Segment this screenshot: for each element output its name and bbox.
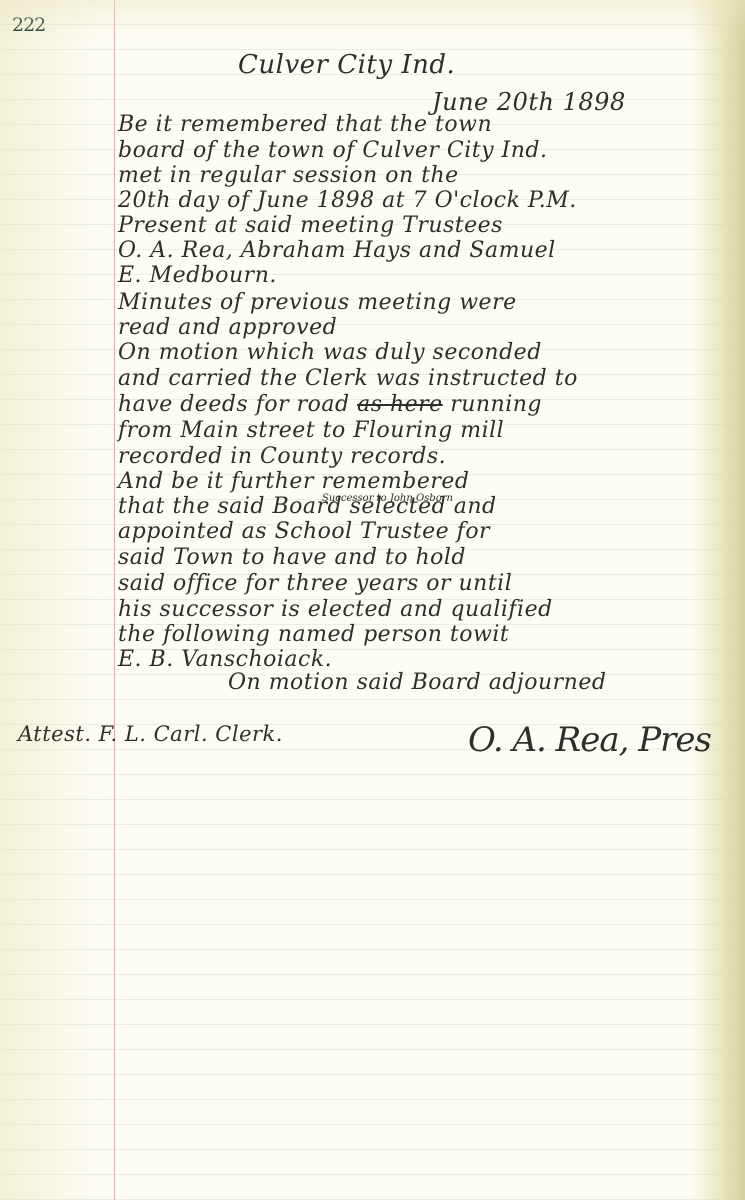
body-line: from Main street to Flouring mill [118, 418, 504, 443]
ledger-page: 222 Culver City Ind. June 20th 1898 Be i… [0, 0, 745, 1200]
body-line: read and approved [118, 315, 337, 340]
margin-rule [114, 0, 115, 1200]
body-line: And be it further remembered [118, 469, 469, 494]
body-line: met in regular session on the [118, 163, 459, 188]
body-line: Present at said meeting Trustees [118, 213, 503, 238]
body-line-text: have deeds for road [118, 392, 350, 417]
adjourn-line: On motion said Board adjourned [228, 670, 606, 695]
body-line: O. A. Rea, Abraham Hays and Samuel [118, 238, 556, 263]
body-line: Be it remembered that the town [118, 112, 492, 137]
interlinear-insert: Successor to John Osborn [322, 493, 453, 504]
body-line: On motion which was duly seconded [118, 340, 542, 365]
president-signature: O. A. Rea, Pres [468, 720, 711, 760]
page-number: 222 [12, 14, 45, 36]
body-line: the following named person towit [118, 622, 509, 647]
body-line: Minutes of previous meeting were [118, 290, 517, 315]
body-line: said office for three years or until [118, 571, 512, 596]
body-line: appointed as School Trustee for [118, 519, 490, 544]
body-line: recorded in County records. [118, 444, 446, 469]
body-line: E. B. Vanschoiack. [118, 647, 332, 672]
struck-text: as here [357, 392, 443, 417]
body-line: and carried the Clerk was instructed to [118, 366, 578, 391]
body-line: 20th day of June 1898 at 7 O'clock P.M. [118, 188, 577, 213]
body-line: E. Medbourn. [118, 263, 277, 288]
body-line: board of the town of Culver City Ind. [118, 138, 547, 163]
body-line-text: running [450, 392, 542, 417]
body-line-with-strike: have deeds for road as here running [118, 392, 542, 417]
body-line: his successor is elected and qualified [118, 597, 553, 622]
document-heading: Culver City Ind. [238, 50, 455, 80]
body-line: said Town to have and to hold [118, 545, 466, 570]
attest-line: Attest. F. L. Carl. Clerk. [18, 722, 283, 746]
